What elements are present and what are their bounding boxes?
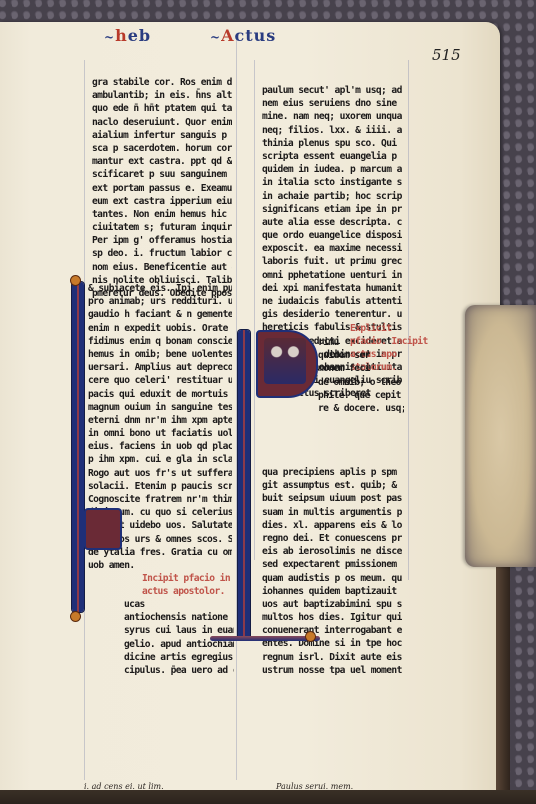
- text-line: eius. faciens in uob qd placeat coram se: [88, 440, 232, 453]
- right-column-lower: qua precipiens aplis p spm scm quos eleg…: [262, 466, 402, 677]
- text-line: & subiacete eis. Ipi enim puigilant qui …: [88, 282, 232, 295]
- text-line: nem eius seruiens dno sine cri: [262, 97, 402, 110]
- illuminated-initial-l-box: [84, 508, 122, 550]
- running-header-right: ~Actus: [210, 26, 276, 45]
- text-line: enim n expedit uobis. Orate p nob. Co: [88, 322, 232, 335]
- text-line: cipulus. p̄ea uero ad confessionem: [124, 664, 234, 677]
- ruling-line: [408, 60, 409, 580]
- running-header-left: ~heb: [104, 26, 151, 45]
- gold-knob-icon: [71, 612, 80, 621]
- text-line: eterni dnm nr'm ihm xpm aptet uos: [88, 414, 232, 427]
- text-line: iohannes quidem baptizauit aqua: [262, 585, 402, 598]
- text-line: dicine artis egregius & aplor xpi dis: [124, 651, 234, 664]
- text-line: cere quo celeri' restituar uob. Deus aut: [88, 374, 232, 387]
- page-bottom-edge: [0, 790, 536, 804]
- text-line: ciuitatem s; futuram inquirim'.: [92, 221, 232, 234]
- text-line: ne iudaicis fabulis attenti in solo le: [262, 295, 402, 308]
- text-line: neq; filios. lxx. & iiii. annor obiit in…: [262, 124, 402, 137]
- bottom-note-right: Paulus serui. mem.: [276, 782, 353, 791]
- text-line: omni pphetatione uenturi in carne: [262, 269, 402, 282]
- text-line: in omni bono ut faciatis uoluntate: [88, 427, 232, 440]
- flourish-icon: ~: [104, 30, 115, 44]
- text-line: eis ab ierosolimis ne discederent: [262, 545, 402, 558]
- page-edge-shadow: [496, 560, 510, 794]
- text-line: quo ede n̄ hn̄t ptatem qui tab': [92, 102, 232, 115]
- text-line: exposcit. ea maxime necessitas: [262, 242, 402, 255]
- text-line: sp deo. i. fructum labior confitenti: [92, 247, 232, 260]
- text-line: mine. nam neq; uxorem unqua habuit: [262, 110, 402, 123]
- illuminated-initial-l-stem: [72, 282, 84, 612]
- left-rubric: Incipit pfacio in actus apostolor.: [142, 572, 230, 598]
- text-line: rimu: [318, 336, 404, 349]
- text-line: laboris fuit. ut primu grecis fidelib;: [262, 255, 402, 268]
- text-line: eum ext castra ipperium eius por: [92, 195, 232, 208]
- text-line: de omnib; o theo: [318, 376, 404, 389]
- bottom-note-left: i. ad cens ei. ut lim.: [84, 782, 164, 791]
- text-line: Rogo aut uos fr's ut sufferatis uerbu: [88, 467, 232, 480]
- text-line: fidimus enim q bonam conscientia: [88, 335, 232, 348]
- text-line: regno dei. Et conuescens precepit: [262, 532, 402, 545]
- text-line: thinia plenus spu sco. Qui cu iam: [262, 137, 402, 150]
- text-line: ucas: [124, 598, 234, 611]
- text-line: in italia scto instigante spu: [262, 176, 402, 189]
- text-line: magnum ouium in sanguine testamenti: [88, 401, 232, 414]
- text-line: uersari. Amplius aut deprecor uos h fa: [88, 361, 232, 374]
- text-line: Explicit: [350, 322, 428, 335]
- text-line: quidem ser: [318, 349, 404, 362]
- text-line: significans etiam ipe in principio: [262, 203, 402, 216]
- text-line: solacii. Etenim p paucis scripsi uob.: [88, 480, 232, 493]
- text-line: in achaie partib; hoc scripsit euangeliu…: [262, 190, 402, 203]
- text-line: uob amen.: [88, 559, 232, 572]
- folio-number: 515: [432, 46, 461, 64]
- text-line: dies. xl. apparens eis & loquens de: [262, 519, 402, 532]
- text-line: nom eius. Beneficentie aut & comunio: [92, 261, 232, 274]
- initial-foot-flourish: [210, 636, 320, 641]
- text-line: gaudio h faciant & n gementes. h: [88, 308, 232, 321]
- text-line: gis desiderio tenerentur. uel ne: [262, 308, 402, 321]
- text-line: scripta essent euangelia p matheu: [262, 150, 402, 163]
- text-line: uos aut baptizabimini spu sco n post: [262, 598, 402, 611]
- text-line: monem feci: [318, 362, 404, 375]
- text-line: naclo deseruiunt. Quor enim: [92, 116, 232, 129]
- text-line: suam in multis argumentis p: [262, 506, 402, 519]
- text-line: sed expectarent pmissionem patris: [262, 558, 402, 571]
- text-line: dei xpi manifestata humanitas: [262, 282, 402, 295]
- bookmark-tab[interactable]: [465, 305, 536, 567]
- gold-knob-icon: [306, 632, 315, 641]
- gold-knob-icon: [71, 276, 80, 285]
- text-line: paulum secut' apl'm usq; ad confessio: [262, 84, 402, 97]
- text-line: phile. que cepit ihs face: [318, 389, 404, 402]
- text-line: re & docere. usq; in diem: [318, 402, 404, 415]
- text-line: multos hos dies. Igitur qui: [262, 611, 402, 624]
- ruling-line: [84, 60, 85, 780]
- text-line: Cognoscite fratrem nr'm thimotheu: [88, 493, 232, 506]
- text-line: git assumptus est. quib; & pre: [262, 479, 402, 492]
- text-line: mantur ext castra. ppt qd & ihs ut: [92, 155, 232, 168]
- text-line: quam audistis p os meum. quia: [262, 572, 402, 585]
- text-line: p ihm xpm. cui e gla in scla sclor amen: [88, 453, 232, 466]
- text-line: qua precipiens aplis p spm scm quos ele: [262, 466, 402, 479]
- text-line: que ordo euangelice dispositionis: [262, 229, 402, 242]
- text-line: pacis qui eduxit de mortuis pastore: [88, 388, 232, 401]
- text-line: quidem in iudea. p marcum aut: [262, 163, 402, 176]
- text-line: buit seipsum uiuum post passionem: [262, 492, 402, 505]
- text-line: ustrum nosse tpa uel momenta que pr: [262, 664, 402, 677]
- left-column-upper: gra stabile cor. Ros enim d ei ptinuambu…: [92, 76, 232, 300]
- text-line: antiochensis natione: [124, 611, 234, 624]
- text-line: Per ipm g' offeramus hostiam laudis: [92, 234, 232, 247]
- historiated-initial-p-stem: [238, 330, 250, 640]
- text-line: gra stabile cor. Ros enim d ei ptinu: [92, 76, 232, 89]
- text-line: aialium infertur sanguis p pcto i: [92, 129, 232, 142]
- flourish-icon: ~: [210, 30, 221, 44]
- text-line: ambulantib; in eis. h̄ns altare de: [92, 89, 232, 102]
- text-line: pro animab; urs reddituri. ut cu: [88, 295, 232, 308]
- text-line: hemus in omib; bene uolentes co: [88, 348, 232, 361]
- text-line: aute alia esse descripta. cui extra ea: [262, 216, 402, 229]
- text-line: regnum isrl. Dixit aute eis. Non e: [262, 651, 402, 664]
- text-line: scificaret p suu sanguinem ppim: [92, 168, 232, 181]
- ruling-line: [254, 60, 255, 560]
- right-column-beside-initial: rimuquidem sermonem fecide omnib; o theo…: [318, 336, 404, 415]
- text-line: ext portam passus e. Exeamus g' ad: [92, 182, 232, 195]
- text-line: sca p sacerdotem. horum corpa cre: [92, 142, 232, 155]
- ruling-line: [236, 40, 237, 780]
- apostles-figures-icon: [264, 338, 306, 384]
- text-line: tantes. Non enim hemus hic manente: [92, 208, 232, 221]
